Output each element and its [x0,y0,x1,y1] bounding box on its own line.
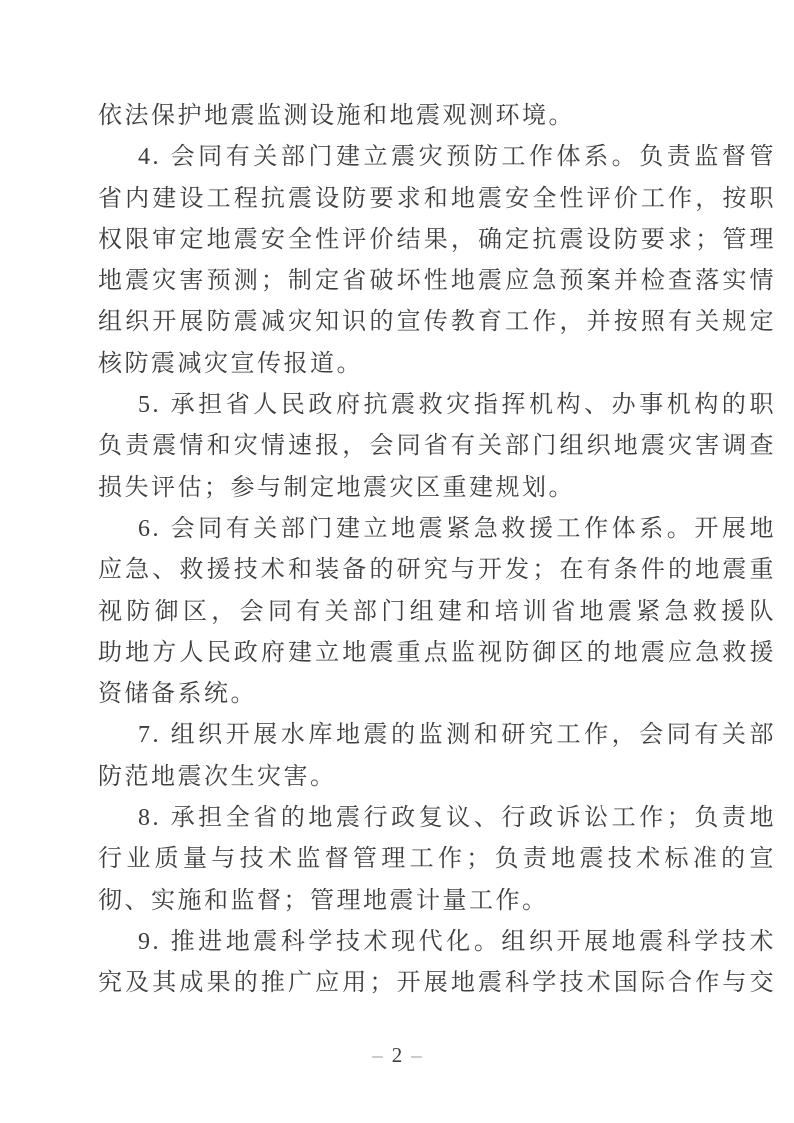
text-line: 依法保护地震监测设施和地震观测环境。 [98,96,776,137]
footer-dash-left: – [372,1043,383,1067]
text-line: 6. 会同有关部门建立地震紧急救援工作体系。开展地震 [98,509,776,550]
text-line: 防范地震次生灾害。 [98,757,776,798]
page-footer: –2– [0,1040,794,1070]
text-line: 应急、救援技术和装备的研究与开发；在有条件的地震重点监 [98,550,776,591]
text-line: 组织开展防震减灾知识的宣传教育工作，并按照有关规定审 [98,302,776,343]
text-block: 依法保护地震监测设施和地震观测环境。4. 会同有关部门建立震灾预防工作体系。负责… [98,96,776,1005]
text-line: 8. 承担全省的地震行政复议、行政诉讼工作；负责地震 [98,798,776,839]
footer-page-number: 2 [392,1043,403,1067]
text-line: 资储备系统。 [98,674,776,715]
text-line: 9. 推进地震科学技术现代化。组织开展地震科学技术研 [98,922,776,963]
text-line: 核防震减灾宣传报道。 [98,344,776,385]
text-line: 视防御区，会同有关部门组建和培训省地震紧急救援队伍；协 [98,592,776,633]
text-line: 负责震情和灾情速报，会同省有关部门组织地震灾害调查与 [98,426,776,467]
text-line: 权限审定地震安全性评价结果，确定抗震设防要求；管理省内 [98,220,776,261]
text-line: 行业质量与技术监督管理工作；负责地震技术标准的宣传、贯 [98,839,776,880]
text-line: 彻、实施和监督；管理地震计量工作。 [98,881,776,922]
text-line: 地震灾害预测；制定省破坏性地震应急预案并检查落实情况； [98,261,776,302]
text-line: 4. 会同有关部门建立震灾预防工作体系。负责监督管理 [98,137,776,178]
footer-dash-right: – [411,1043,422,1067]
text-line: 究及其成果的推广应用；开展地震科学技术国际合作与交流； [98,963,776,1004]
text-line: 5. 承担省人民政府抗震救灾指挥机构、办事机构的职能； [98,385,776,426]
document-page: 依法保护地震监测设施和地震观测环境。4. 会同有关部门建立震灾预防工作体系。负责… [0,0,794,1123]
text-line: 助地方人民政府建立地震重点监视防御区的地震应急救援物 [98,633,776,674]
text-line: 省内建设工程抗震设防要求和地震安全性评价工作，按职责 [98,179,776,220]
text-line: 7. 组织开展水库地震的监测和研究工作，会同有关部门 [98,715,776,756]
text-line: 损失评估；参与制定地震灾区重建规划。 [98,468,776,509]
